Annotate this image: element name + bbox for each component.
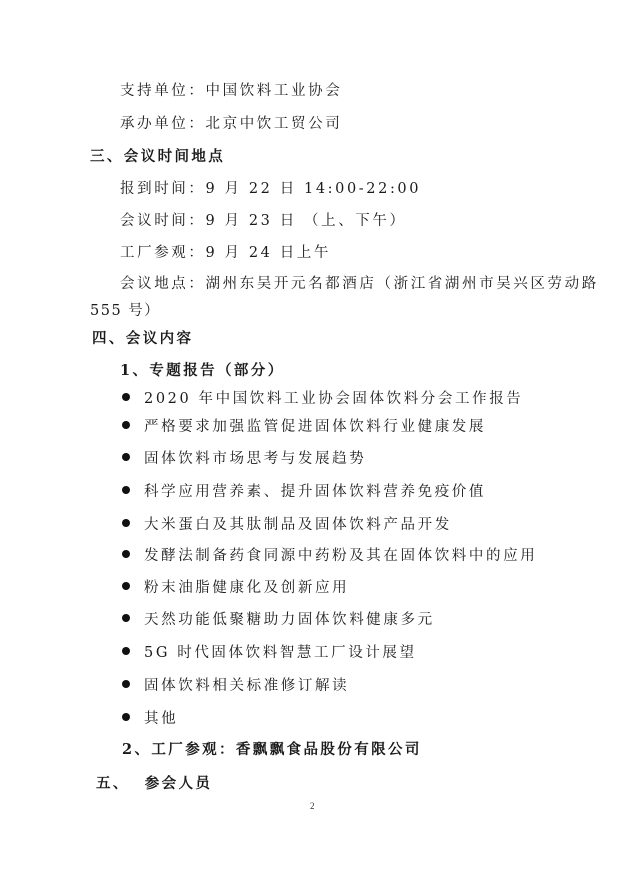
page-number: 2 bbox=[310, 801, 315, 811]
section4-heading: 四、会议内容 bbox=[92, 330, 193, 348]
host-unit-line: 承办单位：北京中饮工贸公司 bbox=[120, 115, 342, 133]
bullet-icon bbox=[122, 713, 130, 721]
support-unit-value: 中国饮料工业协会 bbox=[206, 83, 343, 99]
factory-visit-line: 2、工厂参观：香飘飘食品股份有限公司 bbox=[122, 741, 422, 759]
meeting-time-label: 会议时间： bbox=[120, 213, 206, 229]
report-item: 固体饮料相关标准修订解读 bbox=[122, 677, 349, 695]
registration-time-label: 报到时间： bbox=[120, 181, 206, 197]
factory-visit-company: 香飘飘食品股份有限公司 bbox=[236, 741, 422, 758]
factory-visit-time-line: 工厂参观：9 月 24 日上午 bbox=[120, 244, 331, 262]
bullet-icon bbox=[122, 582, 130, 590]
factory-visit-time-value: 9 月 24 日上午 bbox=[206, 245, 332, 261]
bullet-icon bbox=[122, 647, 130, 655]
report-item: 大米蛋白及其肽制品及固体饮料产品开发 bbox=[122, 516, 452, 534]
factory-visit-time-label: 工厂参观： bbox=[120, 245, 206, 261]
bullet-icon bbox=[122, 421, 130, 429]
host-unit-value: 北京中饮工贸公司 bbox=[206, 116, 343, 132]
section5-heading: 五、 参会人员 bbox=[96, 775, 212, 793]
registration-time-line: 报到时间：9 月 22 日 14:00-22:00 bbox=[120, 180, 421, 198]
report-item: 天然功能低聚糖助力固体饮料健康多元 bbox=[122, 611, 435, 629]
report-item: 发酵法制备药食同源中药粉及其在固体饮料中的应用 bbox=[122, 547, 537, 565]
bullet-icon bbox=[122, 519, 130, 527]
support-unit-line: 支持单位：中国饮料工业协会 bbox=[120, 82, 342, 100]
venue-label: 会议地点： bbox=[120, 276, 206, 292]
report-item: 其他 bbox=[122, 710, 178, 728]
special-reports-heading: 1、专题报告（部分） bbox=[120, 362, 285, 380]
meeting-time-line: 会议时间：9 月 23 日 （上、下午） bbox=[120, 212, 407, 230]
venue-value-line2: 555 号） bbox=[90, 302, 160, 320]
host-unit-label: 承办单位： bbox=[120, 116, 206, 132]
meeting-time-value: 9 月 23 日 （上、下午） bbox=[206, 213, 407, 229]
venue-line: 会议地点：湖州东吴开元名都酒店（浙江省湖州市吴兴区劳动路 bbox=[120, 275, 599, 293]
report-item: 2020 年中国饮料工业协会固体饮料分会工作报告 bbox=[122, 390, 523, 408]
report-item: 固体饮料市场思考与发展趋势 bbox=[122, 450, 366, 468]
report-item: 科学应用营养素、提升固体饮料营养免疫价值 bbox=[122, 483, 486, 501]
report-item: 5G 时代固体饮料智慧工厂设计展望 bbox=[122, 644, 417, 662]
report-item: 严格要求加强监管促进固体饮料行业健康发展 bbox=[122, 418, 486, 436]
registration-time-value: 9 月 22 日 14:00-22:00 bbox=[206, 181, 422, 197]
report-item: 粉末油脂健康化及创新应用 bbox=[122, 579, 349, 597]
section3-heading: 三、会议时间地点 bbox=[90, 148, 225, 166]
bullet-icon bbox=[122, 680, 130, 688]
bullet-icon bbox=[122, 550, 130, 558]
bullet-icon bbox=[122, 393, 130, 401]
venue-value-line1: 湖州东吴开元名都酒店（浙江省湖州市吴兴区劳动路 bbox=[206, 276, 599, 292]
bullet-icon bbox=[122, 614, 130, 622]
bullet-icon bbox=[122, 453, 130, 461]
factory-visit-label: 2、工厂参观： bbox=[122, 741, 236, 758]
support-unit-label: 支持单位： bbox=[120, 83, 206, 99]
bullet-icon bbox=[122, 486, 130, 494]
